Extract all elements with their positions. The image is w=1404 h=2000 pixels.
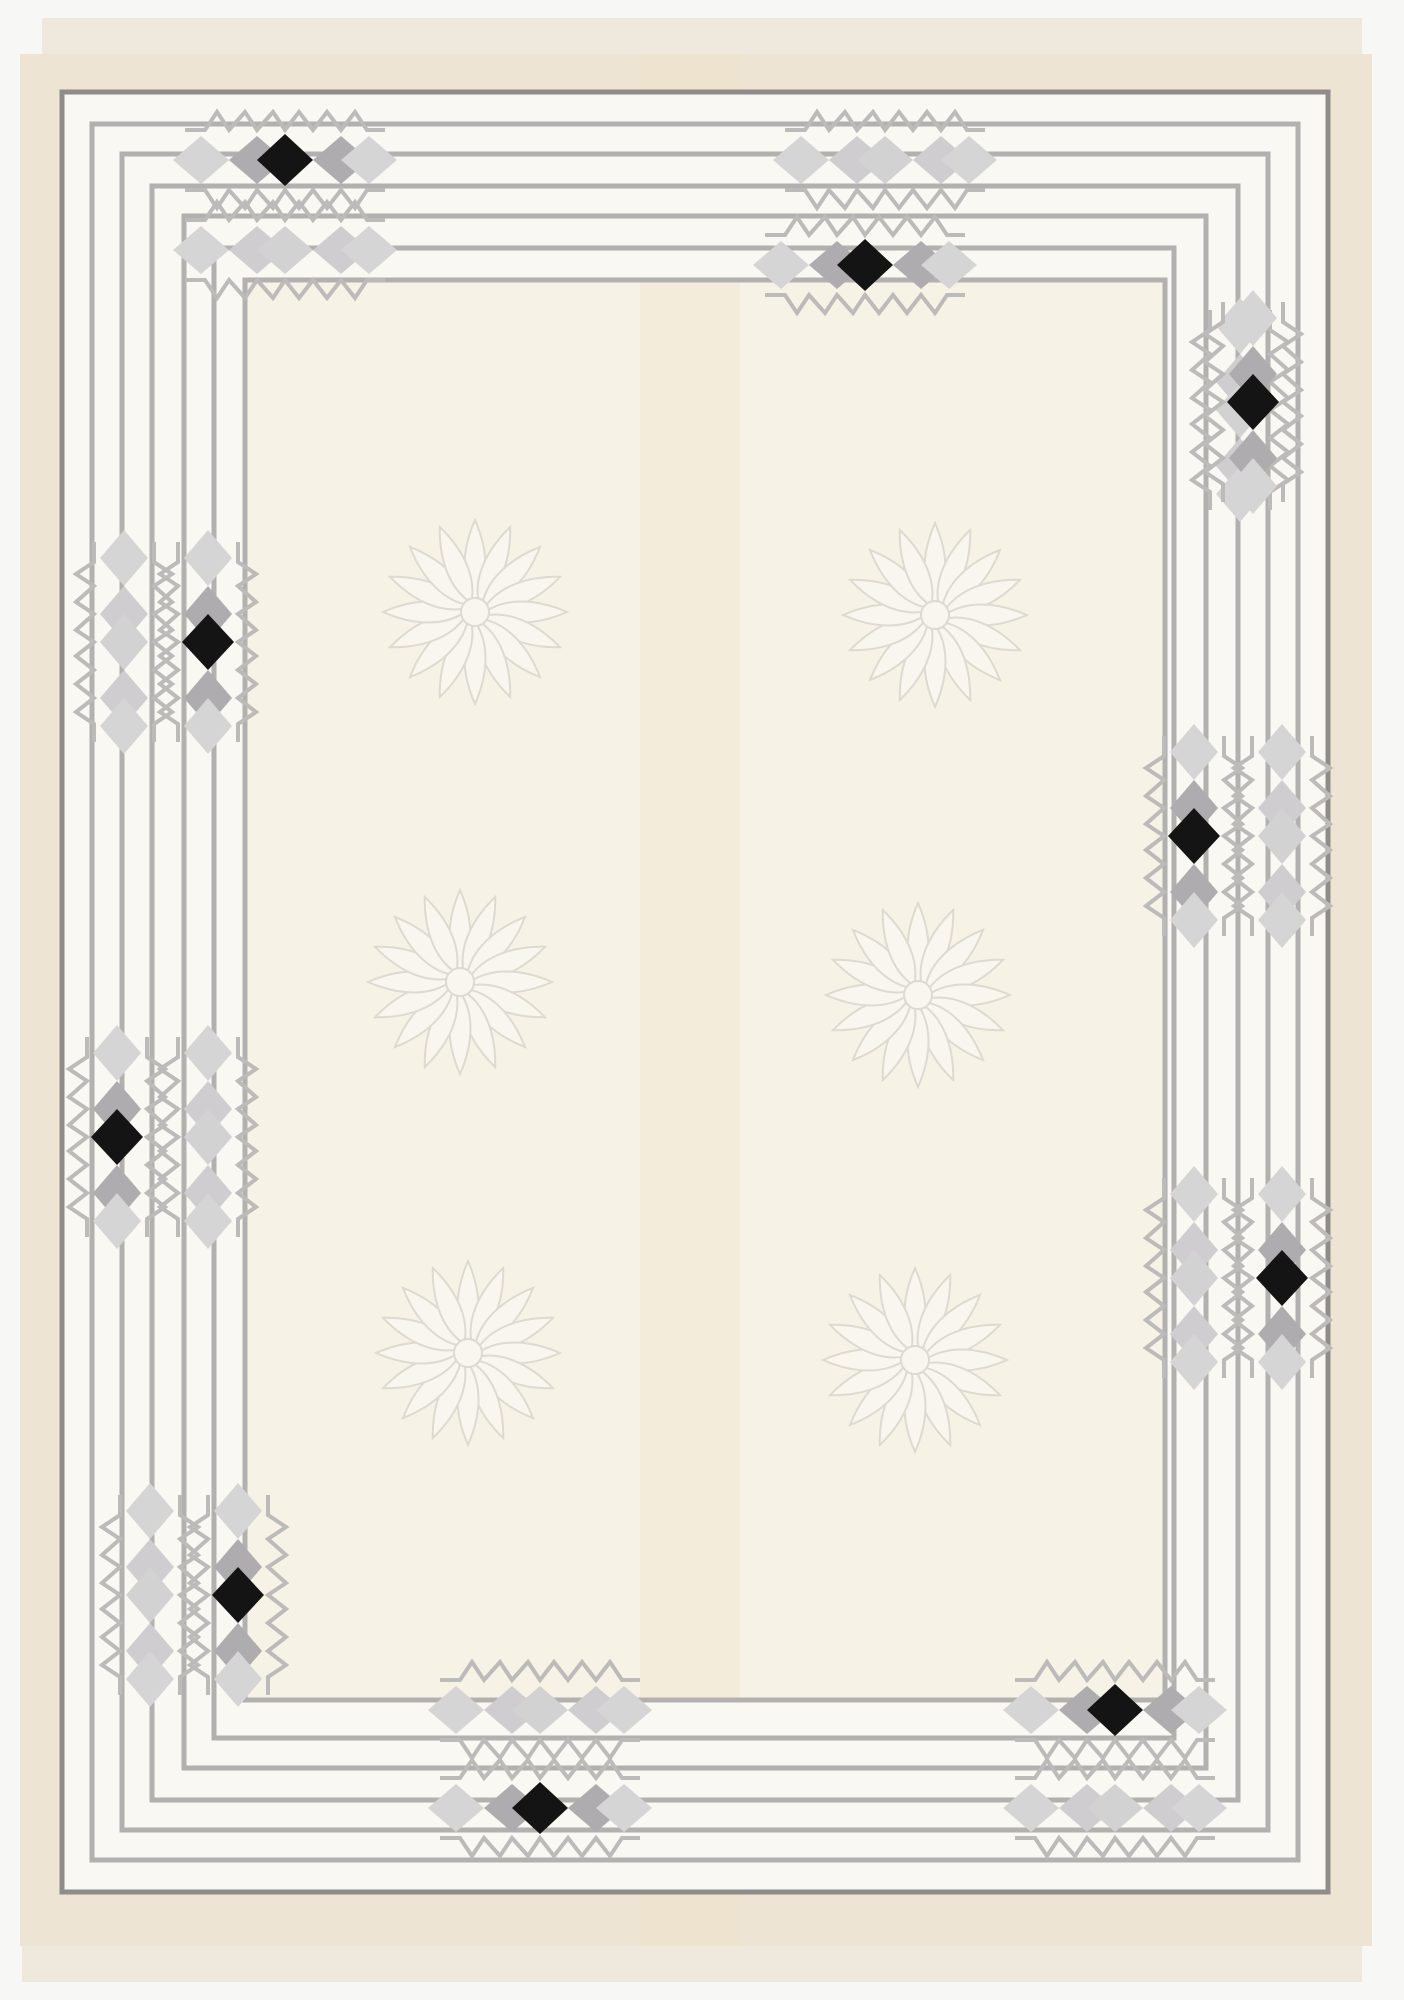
flower-medallion [368,890,552,1074]
diamond-cluster [173,112,397,208]
fringe-bottom [22,1940,1362,1982]
rug-image [0,0,1404,2000]
fringe-top [42,18,1362,58]
flower-medallion [843,523,1027,707]
flower-medallion [823,1268,1007,1452]
flower-medallion [376,1261,560,1445]
flower-medallion [383,520,567,704]
flower-medallion [826,903,1010,1087]
